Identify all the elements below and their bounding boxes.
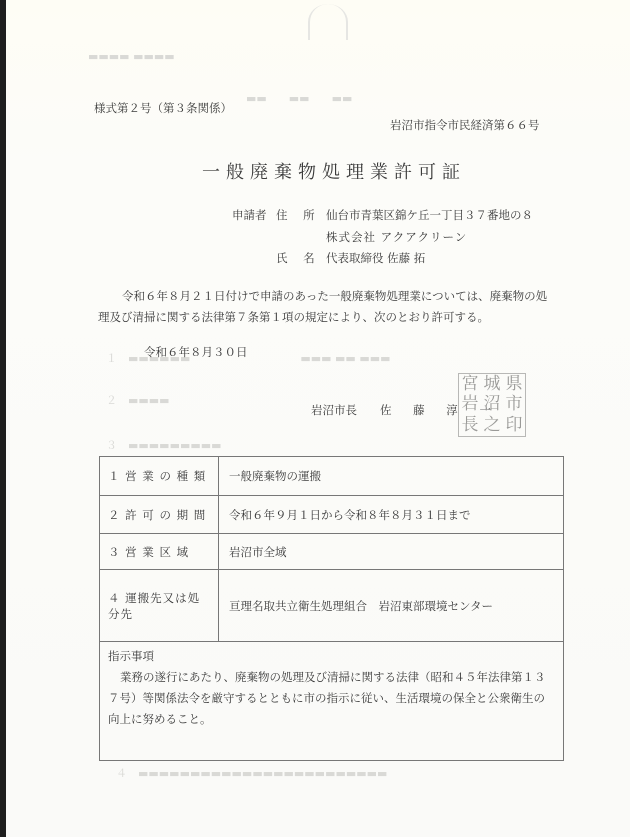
address-label: 住 所 (276, 207, 321, 223)
instructions-body: 業務の遂行にあたり、廃棄物の処理及び清掃に関する法律（昭和４５年法律第１３７号）… (108, 667, 553, 730)
row-value: 岩沼市全域 (219, 534, 564, 570)
page-title: 一般廃棄物処理業許可証 (202, 158, 466, 184)
document-number: 岩沼市指令市民経済第６６号 (390, 117, 540, 133)
official-seal-icon: 宮 城 県 岩 沼 市 長 之 印 (458, 373, 526, 437)
table-row: ２ 許 可 の 期 間 令和６年９月１日から令和８年８月３１日まで (100, 496, 564, 534)
notes-row: 指示事項 業務の遂行にあたり、廃棄物の処理及び清掃に関する法律（昭和４５年法律第… (100, 642, 564, 761)
permit-statement-line: 令和６年８月２１日付けで申請のあった一般廃棄物処理業については、廃棄物の処 (110, 286, 560, 307)
applicant-address: 仙台市青葉区錦ケ丘一丁目３７番地の８ (326, 207, 533, 223)
row-value: 令和６年９月１日から令和８年８月３１日まで (219, 496, 564, 534)
instructions-title: 指示事項 (108, 646, 553, 667)
form-number: 様式第２号（第３条関係） (94, 100, 232, 116)
applicant-name: 代表取締役 佐藤 拓 (326, 250, 425, 266)
row-label: ４ 運搬先又は処分先 (100, 570, 219, 642)
bleed-through-text: ▬▬ ▬▬ ▬▬ (246, 90, 352, 106)
instructions-cell: 指示事項 業務の遂行にあたり、廃棄物の処理及び清掃に関する法律（昭和４５年法律第… (100, 642, 564, 761)
permit-statement: 令和６年８月２１日付けで申請のあった一般廃棄物処理業については、廃棄物の処 理及… (110, 286, 560, 328)
seal-char: 之 (481, 417, 503, 434)
bleed-through-text: ３ ▬▬▬▬▬▬▬▬▬ (106, 437, 222, 453)
applicant-label: 申請者 (232, 207, 267, 223)
bleed-through-text: ４ ▬▬▬▬▬▬▬▬▬▬▬▬▬▬▬▬▬▬▬▬▬▬▬▬ (116, 765, 387, 781)
table-row: ４ 運搬先又は処分先 亘理名取共立衛生処理組合 岩沼東部環境センター (100, 570, 564, 642)
bleed-through-text: ▬▬▬▬ ▬▬▬▬ (88, 50, 175, 63)
row-label: １ 営 業 の 種 類 (100, 457, 219, 496)
row-label: ２ 許 可 の 期 間 (100, 496, 219, 534)
seal-char: 印 (503, 417, 525, 434)
name-label: 氏 名 (276, 250, 321, 266)
seal-char: 岩 (459, 396, 481, 413)
seal-char: 市 (503, 396, 525, 413)
table-row: ３ 営 業 区 域 岩沼市全域 (100, 534, 564, 570)
seal-char: 県 (503, 376, 525, 393)
permit-document-page: ▬▬▬▬ ▬▬▬▬ ▬▬ ▬▬ ▬▬ １ ▬▬▬▬▬▬ ▬▬▬ ▬▬ ▬▬▬ ２… (6, 0, 630, 837)
table-row: １ 営 業 の 種 類 一般廃棄物の運搬 (100, 457, 564, 496)
permit-statement-line: 理及び清掃に関する法律第７条第１項の規定により、次のとおり許可する。 (110, 307, 560, 328)
permit-details-table: １ 営 業 の 種 類 一般廃棄物の運搬 ２ 許 可 の 期 間 令和６年９月１… (99, 456, 564, 761)
bleed-through-mark (308, 4, 348, 40)
issue-date: 令和６年８月３０日 (144, 344, 248, 360)
applicant-company: 株式会社 アクアクリーン (326, 229, 467, 245)
issuer-title: 岩沼市長 (311, 402, 357, 418)
row-value: 亘理名取共立衛生処理組合 岩沼東部環境センター (219, 570, 564, 642)
seal-char: 城 (481, 376, 503, 393)
bleed-through-text: ２ ▬▬▬▬ (106, 392, 170, 408)
row-label: ３ 営 業 区 域 (100, 534, 219, 570)
row-value: 一般廃棄物の運搬 (219, 457, 564, 496)
seal-char: 長 (459, 417, 481, 434)
seal-char: 沼 (481, 396, 503, 413)
seal-char: 宮 (459, 376, 481, 393)
